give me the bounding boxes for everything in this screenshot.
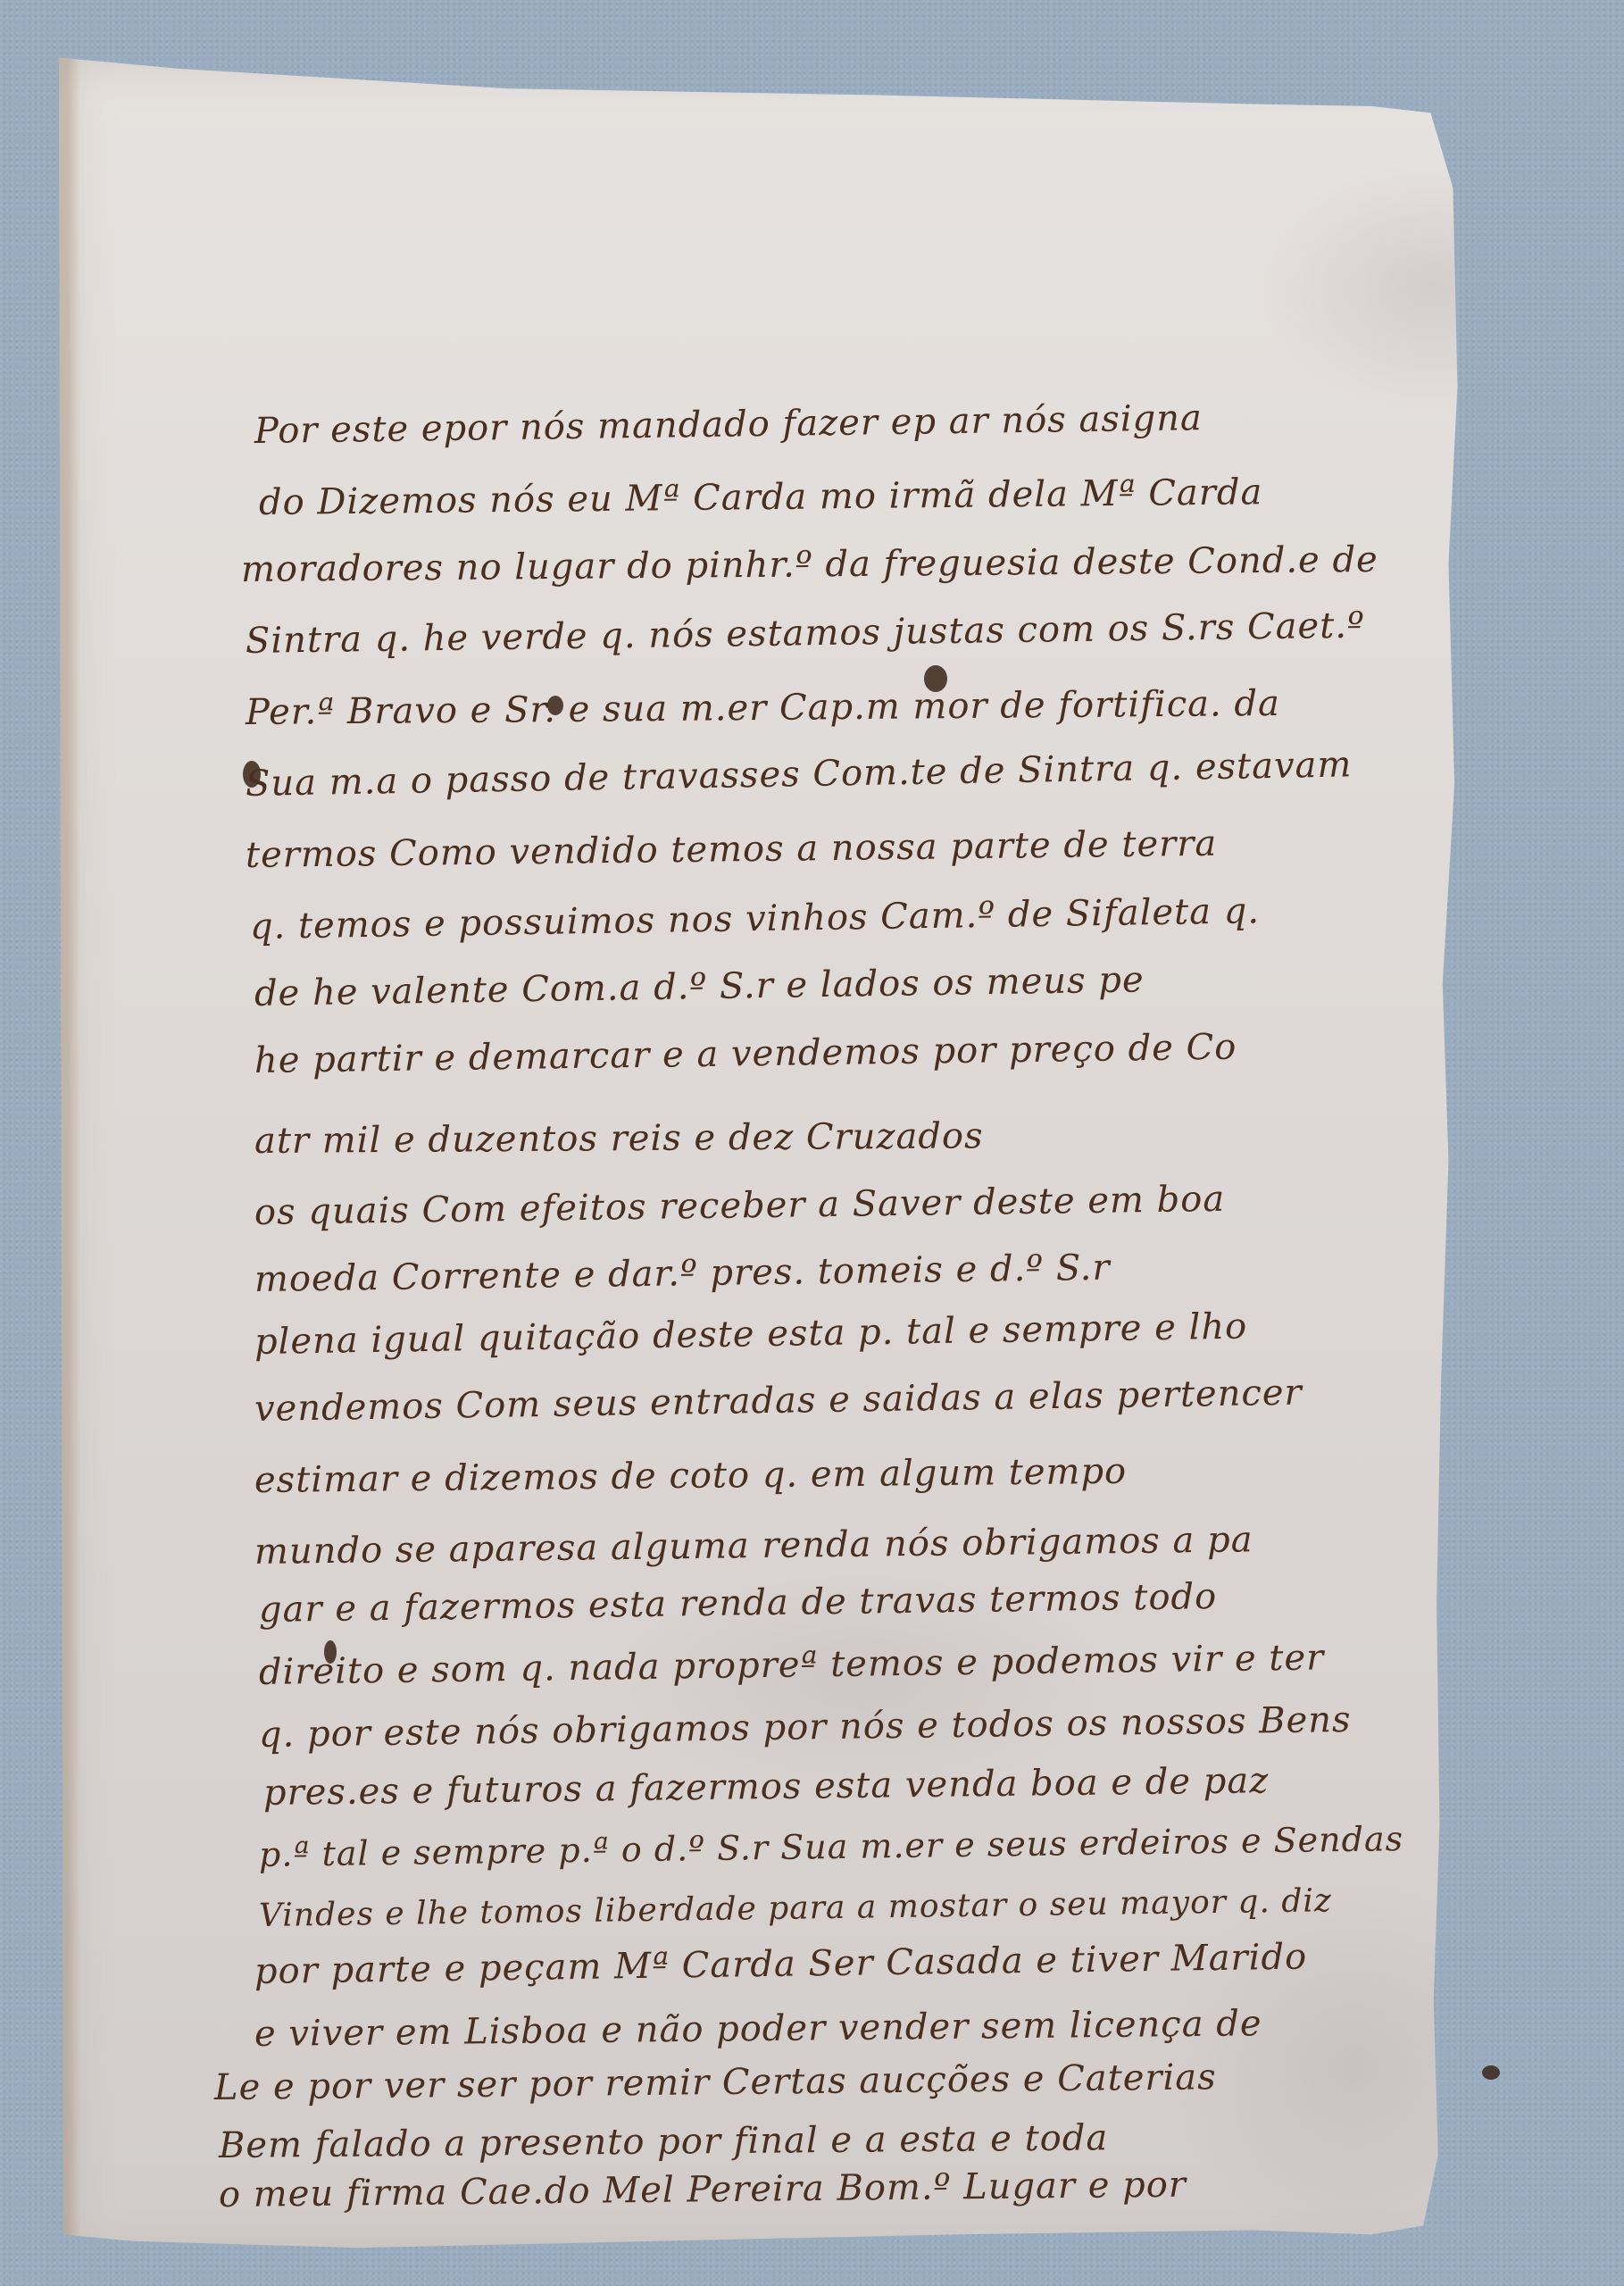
manuscript-line: atr mil e duzentos reis e dez Cruzados [254,1115,984,1162]
manuscript-line: termos Como vendido temos a nossa parte … [246,823,1218,876]
manuscript-line: estimar e dizemos de coto q. em algum te… [254,1451,1128,1501]
manuscript-text: Por este epor nós mandado fazer ep ar nó… [0,0,1624,2286]
manuscript-line: p.ª tal e sempre p.ª o d.º S.r Sua m.er … [259,1819,1404,1874]
manuscript-line: os quais Com efeitos receber a Saver des… [254,1179,1226,1233]
manuscript-line: o meu firma Cae.do Mel Pereira Bom.º Lug… [219,2165,1187,2215]
manuscript-line: gar e a fazermos esta renda de travas te… [259,1576,1218,1631]
manuscript-line: plena igual quitação deste esta p. tal e… [254,1306,1248,1363]
manuscript-line: Le e por ver ser por remir Certas aucçõe… [214,2057,1217,2108]
manuscript-line: Per.ª Bravo e Sr. e sua m.er Cap.m mor d… [246,683,1280,733]
manuscript-line: he partir e demarcar e a vendemos por pr… [254,1027,1237,1081]
manuscript-line: q. temos e possuimos nos vinhos Cam.º de… [250,890,1261,947]
manuscript-line: pres.es e futuros a fazermos esta venda … [263,1760,1270,1814]
manuscript-line: e viver em Lisboa e não poder vender sem… [254,2003,1262,2055]
manuscript-line: mundo se aparesa alguma renda nós obriga… [254,1519,1253,1573]
manuscript-line: q. por este nós obrigamos por nós e todo… [259,1699,1352,1756]
manuscript-line: Sua m.a o passo de travasses Com.te de S… [246,744,1353,805]
manuscript-line: direito e som q. nada propreª temos e po… [259,1637,1325,1693]
manuscript-line: Por este epor nós mandado fazer ep ar nó… [254,397,1203,452]
manuscript-line: do Dizemos nós eu Mª Carda mo irmã dela … [259,471,1263,523]
manuscript-line: moradores no lugar do pinhr.º da fregues… [241,539,1378,590]
manuscript-line: Bem falado a presento por final e a esta… [219,2117,1109,2166]
manuscript-line: vendemos Com seus entradas e saidas a el… [254,1372,1303,1430]
manuscript-line: Sintra q. he verde q. nós estamos justas… [246,605,1365,662]
manuscript-line: de he valente Com.a d.º S.r e lados os m… [254,959,1145,1014]
manuscript-line: por parte e peçam Mª Carda Ser Casada e … [254,1937,1308,1992]
manuscript-line: Vindes e lhe tomos liberdade para a most… [259,1882,1332,1934]
manuscript-line: moeda Corrente e dar.º pres. tomeis e d.… [254,1247,1111,1300]
